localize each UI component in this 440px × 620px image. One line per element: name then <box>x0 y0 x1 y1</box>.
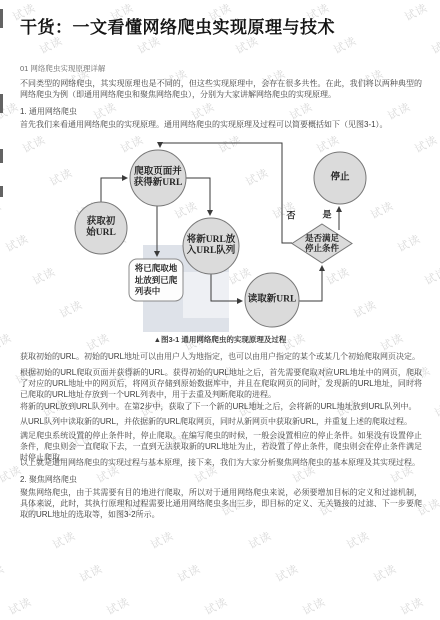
node-label-read-new-url: 读取新URL <box>248 295 297 306</box>
node-label-queue-new-url: 将新URL放 入URL队列 <box>187 235 236 257</box>
paragraph-step1: 获取初始的URL。初始的URL地址可以由用户人为地指定，也可以由用户指定的某个或… <box>20 352 422 363</box>
scan-edge-mark <box>0 9 3 28</box>
node-label-crawl-page: 爬取页面并 获得新URL <box>134 167 183 189</box>
paragraph-focused-intro: 聚焦网络爬虫，由于其需要有目的地进行爬取，所以对于通用网络爬虫来说，必须要增加目… <box>20 488 422 520</box>
scan-edge-mark <box>0 149 3 163</box>
scan-edge-mark <box>0 94 3 113</box>
paragraph-step3: 将新的URL放到URL队列中。在第2步中，获取了下一个新的URL地址之后，会将新… <box>20 402 422 413</box>
node-label-stop-condition: 是否满足 停止条件 <box>305 233 339 253</box>
node-label-stop: 停止 <box>330 173 349 184</box>
section-label: 01 网络爬虫实现原理详解 <box>20 63 105 74</box>
paragraph-general-outro: 以上就是通用网络爬虫的实现过程与基本原理，接下来，我们为大家分析聚焦网络爬虫的基… <box>20 458 422 469</box>
node-label-get-initial-url: 获取初 始URL <box>86 217 116 239</box>
paragraph-intro: 不同类型的网络爬虫，其实现原理也是不同的，但这些实现原理中，会存在很多共性。在此… <box>20 79 422 101</box>
heading-general-crawler: 1. 通用网络爬虫 <box>20 106 77 117</box>
paragraph-step2: 根据初始的URL爬取页面并获得新的URL。获得初始的URL地址之后，首先需要爬取… <box>20 368 422 400</box>
paragraph-step4: 从URL队列中读取新的URL，并依据新的URL爬取网页，同时从新网页中获取新UR… <box>20 417 422 428</box>
flowchart-arrows <box>101 143 339 301</box>
node-get-initial-url <box>75 202 127 254</box>
node-stop <box>314 152 366 204</box>
node-read-new-url <box>245 273 299 327</box>
flowchart-nodes <box>75 150 366 327</box>
article-content: 干货：一文看懂网络爬虫实现原理与技术 01 网络爬虫实现原理详解 不同类型的网络… <box>0 0 440 620</box>
node-stop-condition-diamond <box>292 224 352 263</box>
branch-label-no: 否 <box>286 211 295 222</box>
node-label-crawled-list: 将已爬取地 址放到已爬 列表中 <box>135 263 178 298</box>
heading-focused-crawler: 2. 聚焦网络爬虫 <box>20 474 77 485</box>
document-page: 试读试读试读试读试读试读试读试读试读试读试读试读试读试读试读试读试读试读试读试读… <box>0 0 440 620</box>
node-crawled-list-box <box>129 259 183 301</box>
scan-edge-mark <box>0 186 3 197</box>
figure-caption: ▲图3-1 通用网络爬虫的实现原理及过程 <box>0 334 440 345</box>
node-crawl-page <box>130 150 186 206</box>
page-title: 干货：一文看懂网络爬虫实现原理与技术 <box>20 13 335 38</box>
branch-label-yes: 是 <box>322 210 331 221</box>
figure-background-block <box>143 245 229 332</box>
node-queue-new-url <box>183 218 239 274</box>
paragraph-general-intro: 首先我们来看通用网络爬虫的实现原理。通用网络爬虫的实现原理及过程可以简要概括如下… <box>20 120 422 131</box>
